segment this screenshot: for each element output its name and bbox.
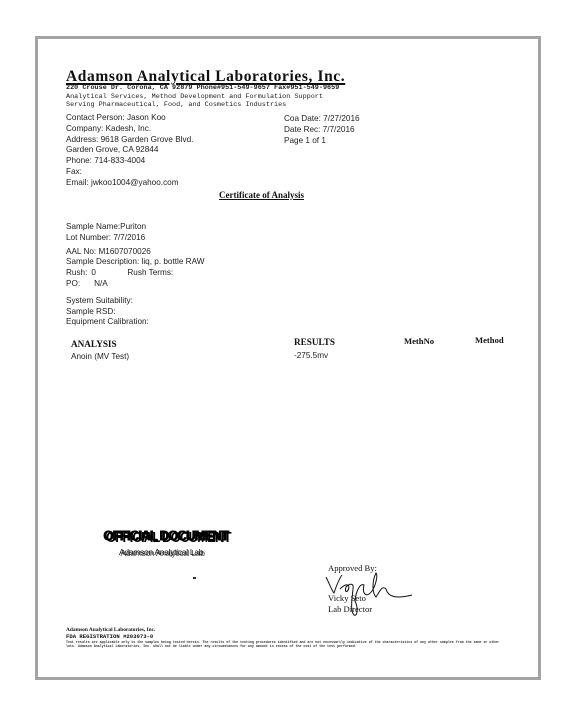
aal-number: AAL No: M1607070026 bbox=[66, 247, 204, 258]
rush-row: Rush:0Rush Terms: bbox=[66, 268, 204, 279]
equipment-calibration: Equipment Calibration: bbox=[66, 317, 204, 328]
client-email: Email: jwkoo1004@yahoo.com bbox=[66, 178, 193, 189]
document-meta: Coa Date: 7/27/2016 Date Rec: 7/7/2016 P… bbox=[284, 114, 360, 146]
company-services: Analytical Services, Method Development … bbox=[66, 93, 323, 101]
client-address-line2: Garden Grove, CA 92844 bbox=[66, 145, 193, 156]
speck-mark bbox=[193, 577, 196, 579]
stamp-lab-name: Adamson Analytical Lab bbox=[119, 547, 203, 557]
sample-name: Sample Name:Puriton bbox=[66, 222, 204, 233]
rush-label: Rush: bbox=[66, 268, 87, 277]
contact-person: Contact Person: Jason Koo bbox=[66, 113, 193, 124]
sample-description: Sample Description: liq, p. bottle RAW bbox=[66, 257, 204, 268]
client-address-line1: Address: 9618 Garden Grove Blvd. bbox=[66, 135, 193, 146]
client-info: Contact Person: Jason Koo Company: Kades… bbox=[66, 113, 193, 189]
rush-terms-label: Rush Terms: bbox=[127, 268, 173, 277]
company-address: 220 Crouse Dr. Corona, CA 92879 Phone#95… bbox=[66, 84, 339, 92]
rush-value: 0 bbox=[87, 268, 127, 279]
page-number: Page 1 of 1 bbox=[284, 136, 360, 147]
system-suitability: System Suitability: bbox=[66, 296, 204, 307]
date-received: Date Rec: 7/7/2016 bbox=[284, 125, 360, 136]
client-phone: Phone: 714-833-4004 bbox=[66, 156, 193, 167]
po-value: N/A bbox=[80, 279, 108, 288]
document-title: Certificate of Analysis bbox=[219, 190, 304, 200]
column-header-results: RESULTS bbox=[294, 337, 335, 347]
company-industries: Serving Pharmaceutical, Food, and Cosmet… bbox=[66, 101, 286, 109]
client-company: Company: Kadesh, Inc. bbox=[66, 124, 193, 135]
column-header-analysis: ANALYSIS bbox=[71, 339, 117, 349]
sample-rsd: Sample RSD: bbox=[66, 307, 204, 318]
footer-disclaimer: Test results are applicable only to the … bbox=[66, 640, 506, 648]
po-label: PO: bbox=[66, 279, 80, 288]
lot-number: Lot Number: 7/7/2016 bbox=[66, 233, 204, 244]
client-fax: Fax: bbox=[66, 167, 193, 178]
result-row-value: -275.5mv bbox=[294, 351, 328, 360]
signer-title: Lab Director bbox=[328, 604, 372, 614]
column-header-methno: MethNo bbox=[404, 336, 434, 346]
fda-registration: FDA REGISTRATION #203073-0 bbox=[66, 633, 153, 640]
column-header-method: Method bbox=[475, 335, 504, 345]
result-row-analysis: Anoin (MV Test) bbox=[71, 352, 129, 361]
official-document-stamp: OFFICIAL DOCUMENT bbox=[104, 527, 229, 544]
po-row: PO:N/A bbox=[66, 279, 204, 290]
signer-name: Vicky Seto bbox=[328, 593, 366, 603]
coa-date: Coa Date: 7/27/2016 bbox=[284, 114, 360, 125]
sample-info: Sample Name:Puriton Lot Number: 7/7/2016… bbox=[66, 222, 204, 328]
